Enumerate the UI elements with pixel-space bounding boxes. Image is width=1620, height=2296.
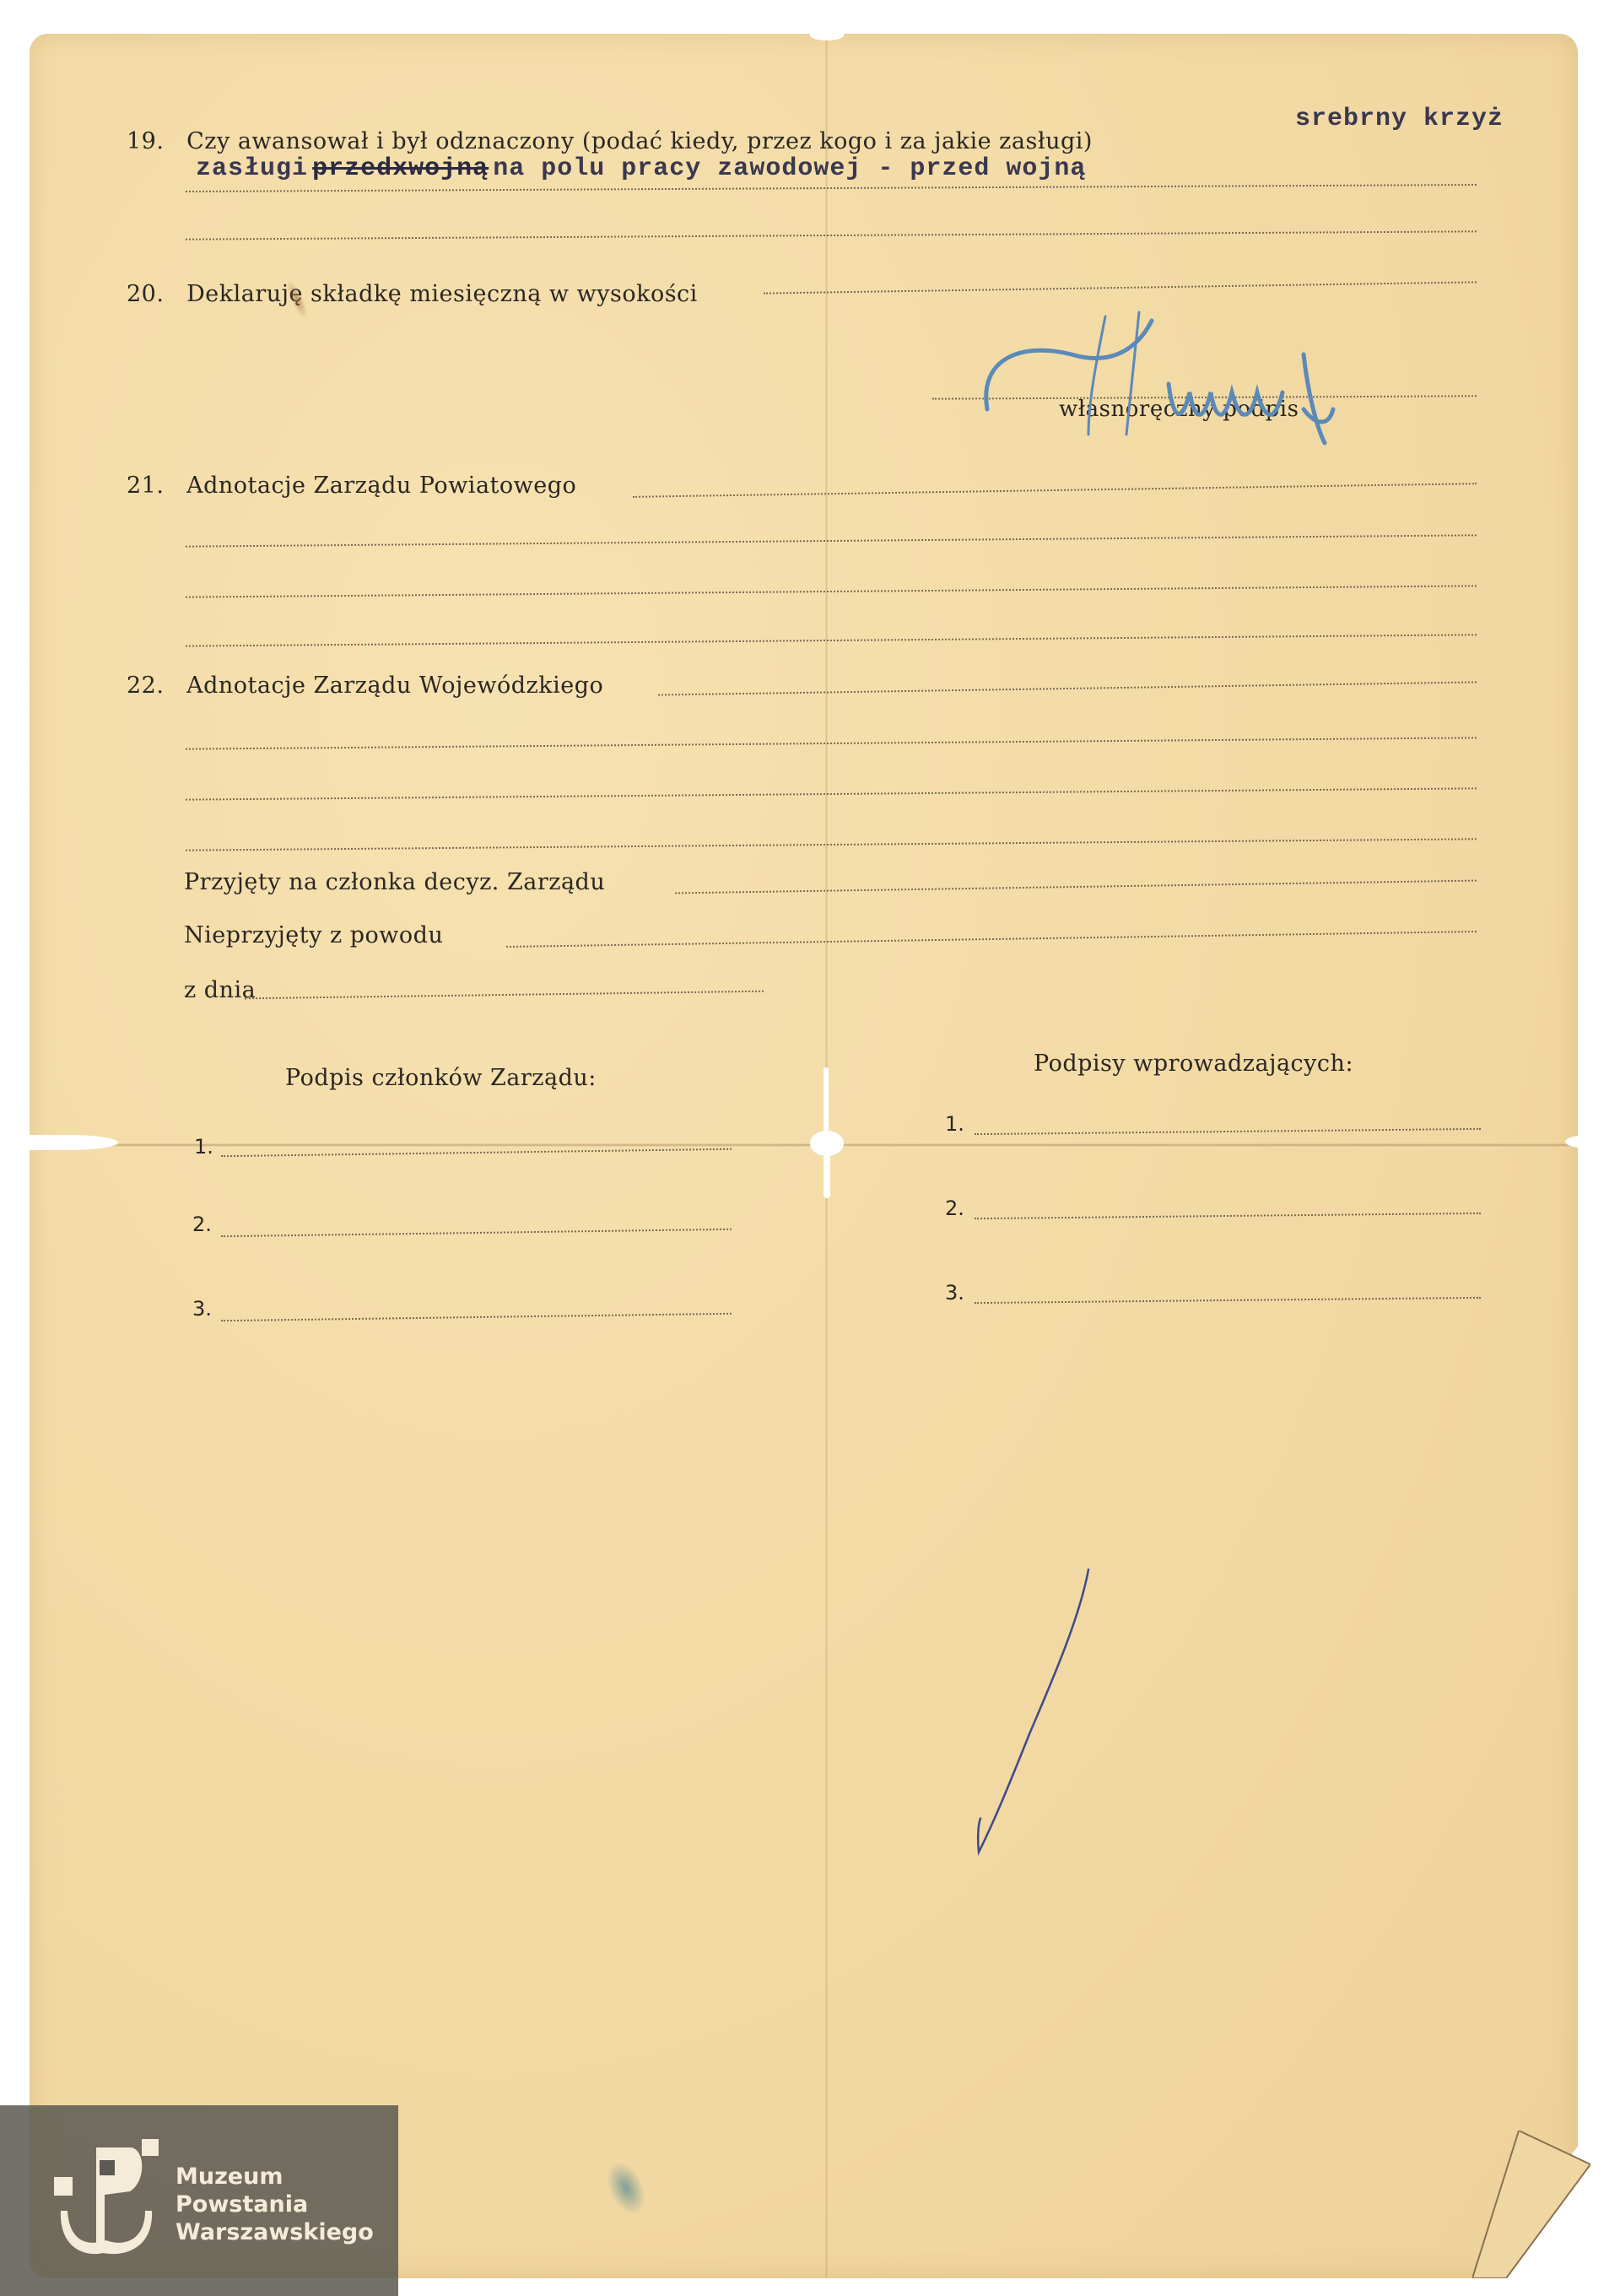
board-sig-1-number: 1. — [194, 1135, 213, 1159]
museum-name-line2: Powstania — [175, 2191, 374, 2218]
introducer-signatures-title: Podpisy wprowadzających: — [1034, 1051, 1353, 1077]
fold-tear-center-top — [823, 1067, 829, 1143]
date-label: z dnia — [184, 977, 256, 1003]
introducer-sig-3-number: 3. — [945, 1281, 964, 1305]
museum-name-line1: Muzeum — [175, 2163, 374, 2191]
museum-watermark: Muzeum Powstania Warszawskiego — [0, 2105, 398, 2296]
fold-tear-right — [1565, 1136, 1599, 1148]
folded-corner — [1472, 2131, 1590, 2278]
field-19-number: 19. — [127, 128, 179, 154]
field-19: 19. Czy awansował i był odznaczony (poda… — [127, 128, 1493, 154]
board-signatures-title: Podpis członków Zarządu: — [285, 1065, 597, 1091]
accepted-label: Przyjęty na członka decyz. Zarządu — [184, 869, 605, 895]
board-sig-2-number: 2. — [192, 1213, 212, 1236]
field-22-number: 22. — [127, 673, 179, 699]
field-21-label: Adnotacje Zarządu Powiatowego — [186, 473, 576, 499]
board-sig-3-number: 3. — [192, 1297, 212, 1321]
typed-prefix: zasługi — [196, 154, 308, 183]
fold-tear-center-bottom — [823, 1148, 830, 1198]
handwritten-signature — [970, 308, 1426, 447]
rejected-label: Nieprzyjęty z powodu — [184, 922, 443, 948]
field-20-number: 20. — [127, 281, 179, 307]
introducer-sig-1-number: 1. — [945, 1112, 964, 1136]
introducer-sig-2-number: 2. — [945, 1197, 964, 1220]
field-22-label: Adnotacje Zarządu Wojewódzkiego — [186, 673, 603, 699]
kotwica-anchor-icon — [52, 2139, 162, 2257]
typed-struck-word: przedxwojną — [312, 154, 489, 183]
museum-name-line3: Warszawskiego — [175, 2218, 374, 2246]
fold-tear-left — [17, 1135, 118, 1150]
typed-suffix: na polu pracy zawodowej - przed wojną — [493, 154, 1086, 183]
field-20-label: Deklaruję składkę miesięczną w wysokości — [186, 281, 698, 307]
field-19-typed-value-line1: srebrny krzyż — [1295, 105, 1504, 133]
horizontal-fold — [30, 1143, 1578, 1147]
field-21-number: 21. — [127, 473, 179, 499]
field-19-label: Czy awansował i był odznaczony (podać ki… — [186, 128, 1093, 154]
pen-stroke-mark — [953, 1565, 1105, 1861]
museum-name: Muzeum Powstania Warszawskiego — [175, 2163, 374, 2246]
top-notch — [810, 30, 844, 41]
field-19-typed-value-line2: zasługi przedxwojną na polu pracy zawodo… — [196, 154, 1086, 183]
